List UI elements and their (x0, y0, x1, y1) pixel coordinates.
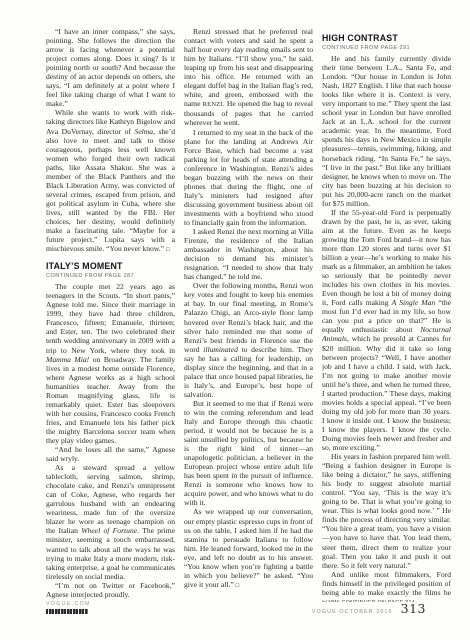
body-text: to describe him. They say he has a calli… (184, 345, 313, 399)
italic-title: A Single Man (392, 298, 436, 307)
article-columns: “I have an inner compass,” she says, poi… (46, 27, 451, 602)
body-text: Over the following months, Renzi won key… (184, 281, 313, 353)
body-text: I returned to my seat in the back of the… (184, 128, 313, 227)
smallcaps-text: RENZI (203, 101, 223, 108)
article-paragraph: I returned to my seat in the back of the… (184, 128, 313, 228)
page-footer: VOGUE OCTOBER 2016 313 (312, 601, 426, 616)
body-text: The couple met 22 years ago as teenagers… (46, 282, 175, 354)
article-paragraph: “I’m not on Twitter or Facebook,” Agnese… (46, 581, 175, 599)
body-text: , she’d also love to meet and talk to th… (46, 127, 175, 254)
body-text: If the 55-year-old Ford is perpetually d… (322, 208, 451, 307)
end-of-article-mark: □ (166, 247, 170, 253)
article-paragraph: “And he loses all the same,” Agnese said… (46, 445, 175, 463)
italic-title: Mamma Mia! (46, 355, 89, 364)
footer-magazine-date: VOGUE OCTOBER 2016 (312, 609, 393, 615)
continued-from-note: CONTINUED FROM PAGE 291 (322, 45, 451, 51)
page-number: 313 (401, 601, 426, 616)
section-heading: ITALY’S MOMENTCONTINUED FROM PAGE 287 (46, 261, 175, 279)
body-text: “I’m not on Twitter or Facebook,” Agnese… (46, 581, 175, 599)
end-of-article-mark: □ (236, 583, 240, 589)
barcode (46, 609, 88, 614)
magazine-page: { "columns": [ { "blocks": [ { "type": "… (0, 0, 470, 640)
article-paragraph: He and his family currently divide their… (322, 54, 451, 208)
italic-title: Selma (135, 127, 154, 136)
body-text: I asked Renzi the next morning at Villa … (184, 227, 313, 281)
body-text: . The prime minister, seeming a touch em… (46, 526, 175, 580)
body-text: , which he presold at Cannes for $20 mil… (322, 334, 451, 452)
article-paragraph: But it seemed to me that if Renzi were t… (184, 399, 313, 508)
column-1: “I have an inner compass,” she says, poi… (46, 27, 175, 602)
body-text: As a steward spread a yellow tablecloth,… (46, 463, 175, 535)
publisher-credit: VOGUE.COM (46, 601, 91, 614)
article-paragraph: The couple met 22 years ago as teenagers… (46, 282, 175, 445)
body-text: His years in fashion prepared him well. … (322, 452, 451, 570)
italic-title: Wheel of Fortune (81, 526, 137, 535)
italic-title: illuminated (203, 345, 238, 354)
body-text: He and his family currently divide their… (322, 54, 451, 208)
article-paragraph: While she wants to work with risk-taking… (46, 108, 175, 255)
body-text: And unlike most filmmakers, Ford finds h… (322, 570, 451, 602)
column-3: HIGH CONTRASTCONTINUED FROM PAGE 291He a… (322, 27, 451, 602)
article-paragraph: Over the following months, Renzi won key… (184, 281, 313, 399)
section-heading: HIGH CONTRASTCONTINUED FROM PAGE 291 (322, 33, 451, 51)
article-paragraph: And unlike most filmmakers, Ford finds h… (322, 570, 451, 602)
body-text: “I have an inner compass,” she says, poi… (46, 27, 175, 108)
section-title: HIGH CONTRAST (322, 33, 451, 43)
article-paragraph: Renzi stressed that he preferred real co… (184, 27, 313, 128)
article-paragraph: As we wrapped up our conversation, our e… (184, 507, 313, 590)
body-text: But it seemed to me that if Renzi were t… (184, 399, 313, 508)
article-paragraph: I asked Renzi the next morning at Villa … (184, 227, 313, 281)
body-text: Renzi stressed that he preferred real co… (184, 27, 313, 108)
body-text: on Broadway. The family lives in a modes… (46, 355, 175, 445)
article-paragraph: As a steward spread a yellow tablecloth,… (46, 463, 175, 581)
body-text: As we wrapped up our conversation, our e… (184, 507, 313, 588)
article-paragraph: If the 55-year-old Ford is perpetually d… (322, 208, 451, 452)
section-title: ITALY’S MOMENT (46, 261, 175, 271)
column-2: Renzi stressed that he preferred real co… (184, 27, 313, 602)
article-paragraph: His years in fashion prepared him well. … (322, 452, 451, 570)
article-paragraph: “I have an inner compass,” she says, poi… (46, 27, 175, 108)
body-text: “And he loses all the same,” Agnese said… (46, 445, 175, 463)
continued-from-note: CONTINUED FROM PAGE 287 (46, 273, 175, 279)
publisher-label: VOGUE.COM (46, 601, 91, 607)
